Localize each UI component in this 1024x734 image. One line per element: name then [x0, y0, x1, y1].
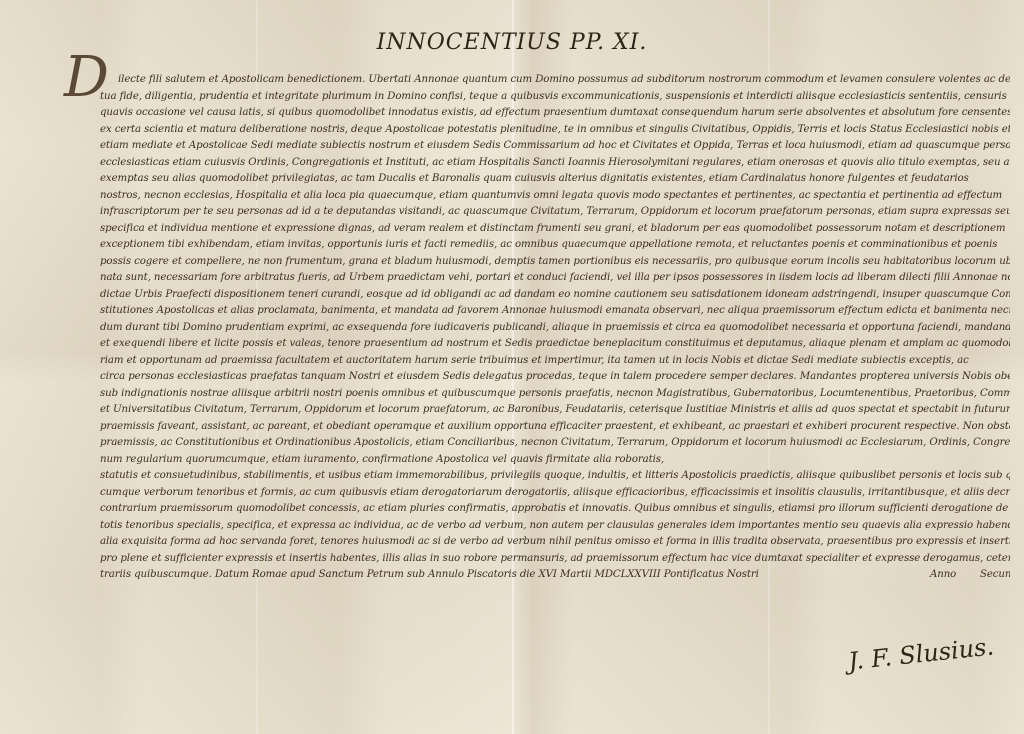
text-line: circa personas ecclesiasticas praefatas …	[100, 369, 1010, 386]
text-line: et exequendi libere et licite possis et …	[100, 336, 1010, 353]
text-line: pro plene et sufficienter expressis et i…	[100, 551, 1010, 568]
date-line: trariis quibuscumque. Datum Romae apud S…	[100, 567, 1010, 584]
date-anno: Anno	[930, 567, 956, 584]
text-line: sub indignationis nostrae aliisque arbit…	[100, 386, 1010, 403]
text-line: nata sunt, necessariam fore arbitratus f…	[100, 270, 1010, 287]
text-line: riam et opportunam ad praemissa facultat…	[100, 353, 1010, 370]
text-line: quavis occasione vel causa latis, si qui…	[100, 105, 1010, 122]
text-line: contrarium praemissorum quomodolibet con…	[100, 501, 1010, 518]
text-line: ecclesiasticas etiam cuiusvis Ordinis, C…	[100, 155, 1010, 172]
parchment-document: INNOCENTIUS PP. XI. D ilecte fili salute…	[0, 0, 1024, 734]
text-line: dictae Urbis Praefecti dispositionem ten…	[100, 287, 1010, 304]
text-line: exemptas seu alias quomodolibet privileg…	[100, 171, 1010, 188]
text-line: et Universitatibus Civitatum, Terrarum, …	[100, 402, 1010, 419]
document-body: ilecte fili salutem et Apostolicam bened…	[100, 72, 1010, 584]
text-line: tua fide, diligentia, prudentia et integ…	[100, 89, 1010, 106]
text-line: ilecte fili salutem et Apostolicam bened…	[100, 72, 1010, 89]
text-line: specifica et individua mentione et expre…	[100, 221, 1010, 238]
text-line: praemissis faveant, assistant, ac parean…	[100, 419, 1010, 436]
date-secundo: Secundo	[980, 567, 1010, 584]
text-line: cumque verborum tenoribus et formis, ac …	[100, 485, 1010, 502]
text-line: praemissis, ac Constitutionibus et Ordin…	[100, 435, 1010, 452]
text-line: num regularium quorumcumque, etiam iuram…	[100, 452, 1010, 469]
text-line: exceptionem tibi exhibendam, etiam invit…	[100, 237, 1010, 254]
text-line: infrascriptorum per te seu personas ad i…	[100, 204, 1010, 221]
dating-clause: trariis quibuscumque. Datum Romae apud S…	[100, 569, 759, 580]
signature: J. F. Slusius.	[847, 632, 995, 675]
document-title: INNOCENTIUS PP. XI.	[0, 30, 1024, 55]
text-line: dum durant tibi Domino prudentiam exprim…	[100, 320, 1010, 337]
text-line: possis cogere et compellere, ne non frum…	[100, 254, 1010, 271]
text-line: etiam mediate et Apostolicae Sedi mediat…	[100, 138, 1010, 155]
text-line: stitutiones Apostolicas et alias proclam…	[100, 303, 1010, 320]
text-line: totis tenoribus specialis, specifica, et…	[100, 518, 1010, 535]
text-line: statutis et consuetudinibus, stabiliment…	[100, 468, 1010, 485]
text-line: nostros, necnon ecclesias, Hospitalia et…	[100, 188, 1010, 205]
text-line: ex certa scientia et matura deliberation…	[100, 122, 1010, 139]
text-line: alia exquisita forma ad hoc servanda for…	[100, 534, 1010, 551]
